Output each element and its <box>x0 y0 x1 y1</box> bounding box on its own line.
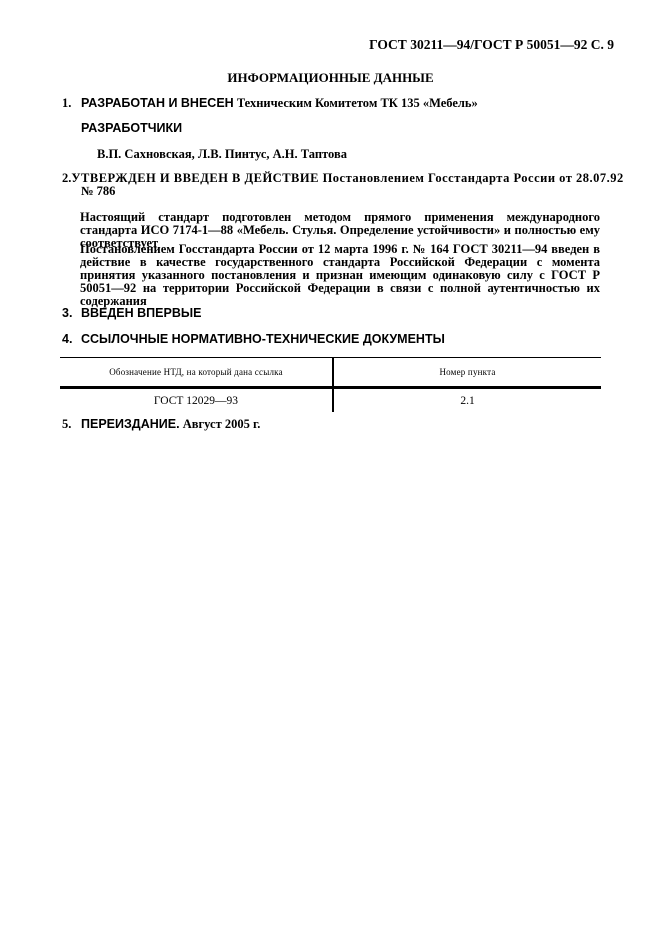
item-1-number: 1. <box>62 97 81 110</box>
developers-names: В.П. Сахновская, Л.В. Пинтус, А.Н. Тапто… <box>97 148 347 161</box>
item-5-text: Август 2005 г. <box>180 417 261 431</box>
item-2-number: 2. <box>62 172 71 185</box>
item-5-number: 5. <box>62 418 81 431</box>
item-3-number: 3. <box>62 307 81 320</box>
reference-table: Обозначение НТД, на который дана ссылка … <box>60 357 601 412</box>
item-2-lead: УТВЕРЖДЕН И ВВЕДЕН В ДЕЙСТВИЕ <box>71 171 319 185</box>
item-2: 2. УТВЕРЖДЕН И ВВЕДЕН В ДЕЙСТВИЕ Постано… <box>62 172 602 185</box>
table-row: ГОСТ 12029—93 2.1 <box>60 388 601 413</box>
column-header-designation: Обозначение НТД, на который дана ссылка <box>60 358 333 388</box>
page-header: ГОСТ 30211—94/ГОСТ Р 50051—92 С. 9 <box>369 37 614 53</box>
item-4-number: 4. <box>62 333 81 346</box>
cell-designation: ГОСТ 12029—93 <box>60 388 333 413</box>
item-1-text: Техническим Комитетом ТК 135 «Мебель» <box>234 96 478 110</box>
item-1-lead: РАЗРАБОТАН И ВНЕСЕН <box>81 96 234 110</box>
item-5-lead: ПЕРЕИЗДАНИЕ. <box>81 417 180 431</box>
item-2-paragraph-2: Постановлением Госстандарта России от 12… <box>80 243 600 308</box>
item-2-text: Постановлением Госстандарта России от 28… <box>319 171 624 185</box>
item-4-lead: ССЫЛОЧНЫЕ НОРМАТИВНО-ТЕХНИЧЕСКИЕ ДОКУМЕН… <box>81 332 445 346</box>
column-header-clause-number: Номер пункта <box>333 358 601 388</box>
section-title: ИНФОРМАЦИОННЫЕ ДАННЫЕ <box>0 70 661 86</box>
item-5: 5.ПЕРЕИЗДАНИЕ. Август 2005 г. <box>62 418 260 431</box>
item-1: 1.РАЗРАБОТАН И ВНЕСЕН Техническим Комите… <box>62 97 478 110</box>
cell-clause-number: 2.1 <box>333 388 601 413</box>
item-3-lead: ВВЕДЕН ВПЕРВЫЕ <box>81 306 201 320</box>
item-3: 3.ВВЕДЕН ВПЕРВЫЕ <box>62 307 201 320</box>
table-header-row: Обозначение НТД, на который дана ссылка … <box>60 358 601 388</box>
item-4: 4.ССЫЛОЧНЫЕ НОРМАТИВНО-ТЕХНИЧЕСКИЕ ДОКУМ… <box>62 333 445 346</box>
developers-heading: РАЗРАБОТЧИКИ <box>81 122 182 135</box>
item-2-text-cont: № 786 <box>81 185 115 198</box>
